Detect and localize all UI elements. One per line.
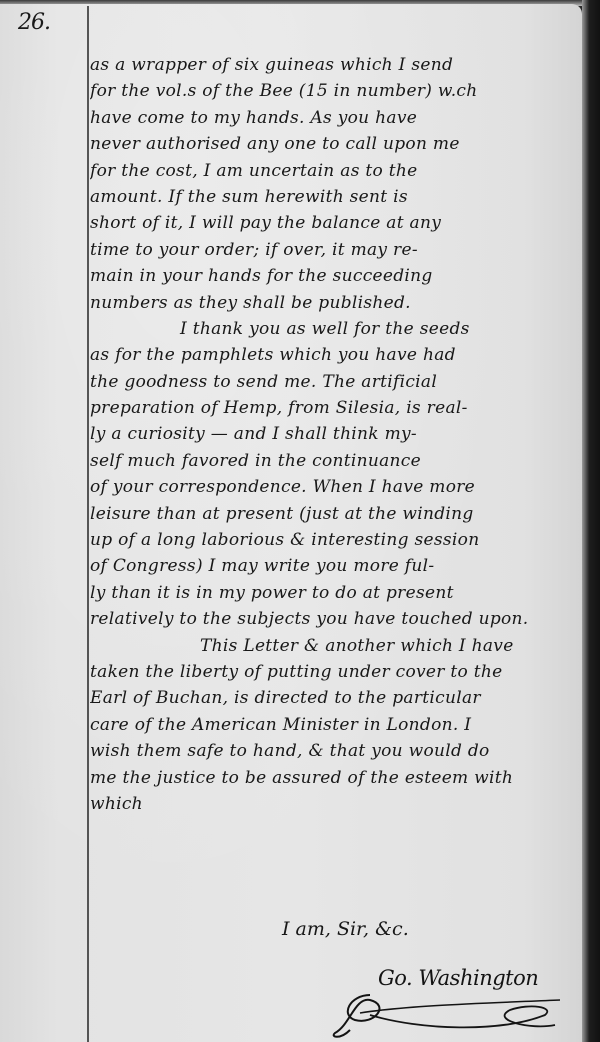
text-line: preparation of Hemp, from Silesia, is re…	[90, 395, 590, 421]
text-line: relatively to the subjects you have touc…	[90, 606, 590, 632]
paragraph-start-line: This Letter & another which I have	[90, 633, 590, 659]
text-line: never authorised any one to call upon me	[90, 131, 590, 157]
text-line: the goodness to send me. The artificial	[90, 369, 590, 395]
text-line: me the justice to be assured of the este…	[90, 765, 590, 791]
text-line: ly than it is in my power to do at prese…	[90, 580, 590, 606]
text-line: leisure than at present (just at the win…	[90, 501, 590, 527]
text-line: up of a long laborious & interesting ses…	[90, 527, 590, 553]
paragraph-start-line: I thank you as well for the seeds	[90, 316, 590, 342]
page-number: 26.	[18, 10, 50, 35]
text-line: of Congress) I may write you more ful-	[90, 553, 590, 579]
text-line: wish them safe to hand, & that you would…	[90, 738, 590, 764]
text-line: main in your hands for the succeeding	[90, 263, 590, 289]
text-line: as a wrapper of six guineas which I send	[90, 52, 590, 78]
letter-body: as a wrapper of six guineas which I send…	[90, 52, 590, 817]
text-line: ly a curiosity — and I shall think my-	[90, 421, 590, 447]
complimentary-close: I am, Sir, &c.	[282, 918, 409, 940]
text-line: self much favored in the continuance	[90, 448, 590, 474]
text-line: amount. If the sum herewith sent is	[90, 184, 590, 210]
text-line: numbers as they shall be published.	[90, 290, 590, 316]
text-line: have come to my hands. As you have	[90, 105, 590, 131]
text-line: care of the American Minister in London.…	[90, 712, 590, 738]
text-line: Earl of Buchan, is directed to the parti…	[90, 685, 590, 711]
text-line: of your correspondence. When I have more	[90, 474, 590, 500]
text-line: for the cost, I am uncertain as to the	[90, 158, 590, 184]
text-line: as for the pamphlets which you have had	[90, 342, 590, 368]
text-line: short of it, I will pay the balance at a…	[90, 210, 590, 236]
text-line: for the vol.s of the Bee (15 in number) …	[90, 78, 590, 104]
text-line: which	[90, 791, 590, 817]
text-line: taken the liberty of putting under cover…	[90, 659, 590, 685]
signature-flourish-icon	[330, 985, 570, 1040]
text-line: time to your order; if over, it may re-	[90, 237, 590, 263]
margin-rule	[87, 6, 89, 1042]
